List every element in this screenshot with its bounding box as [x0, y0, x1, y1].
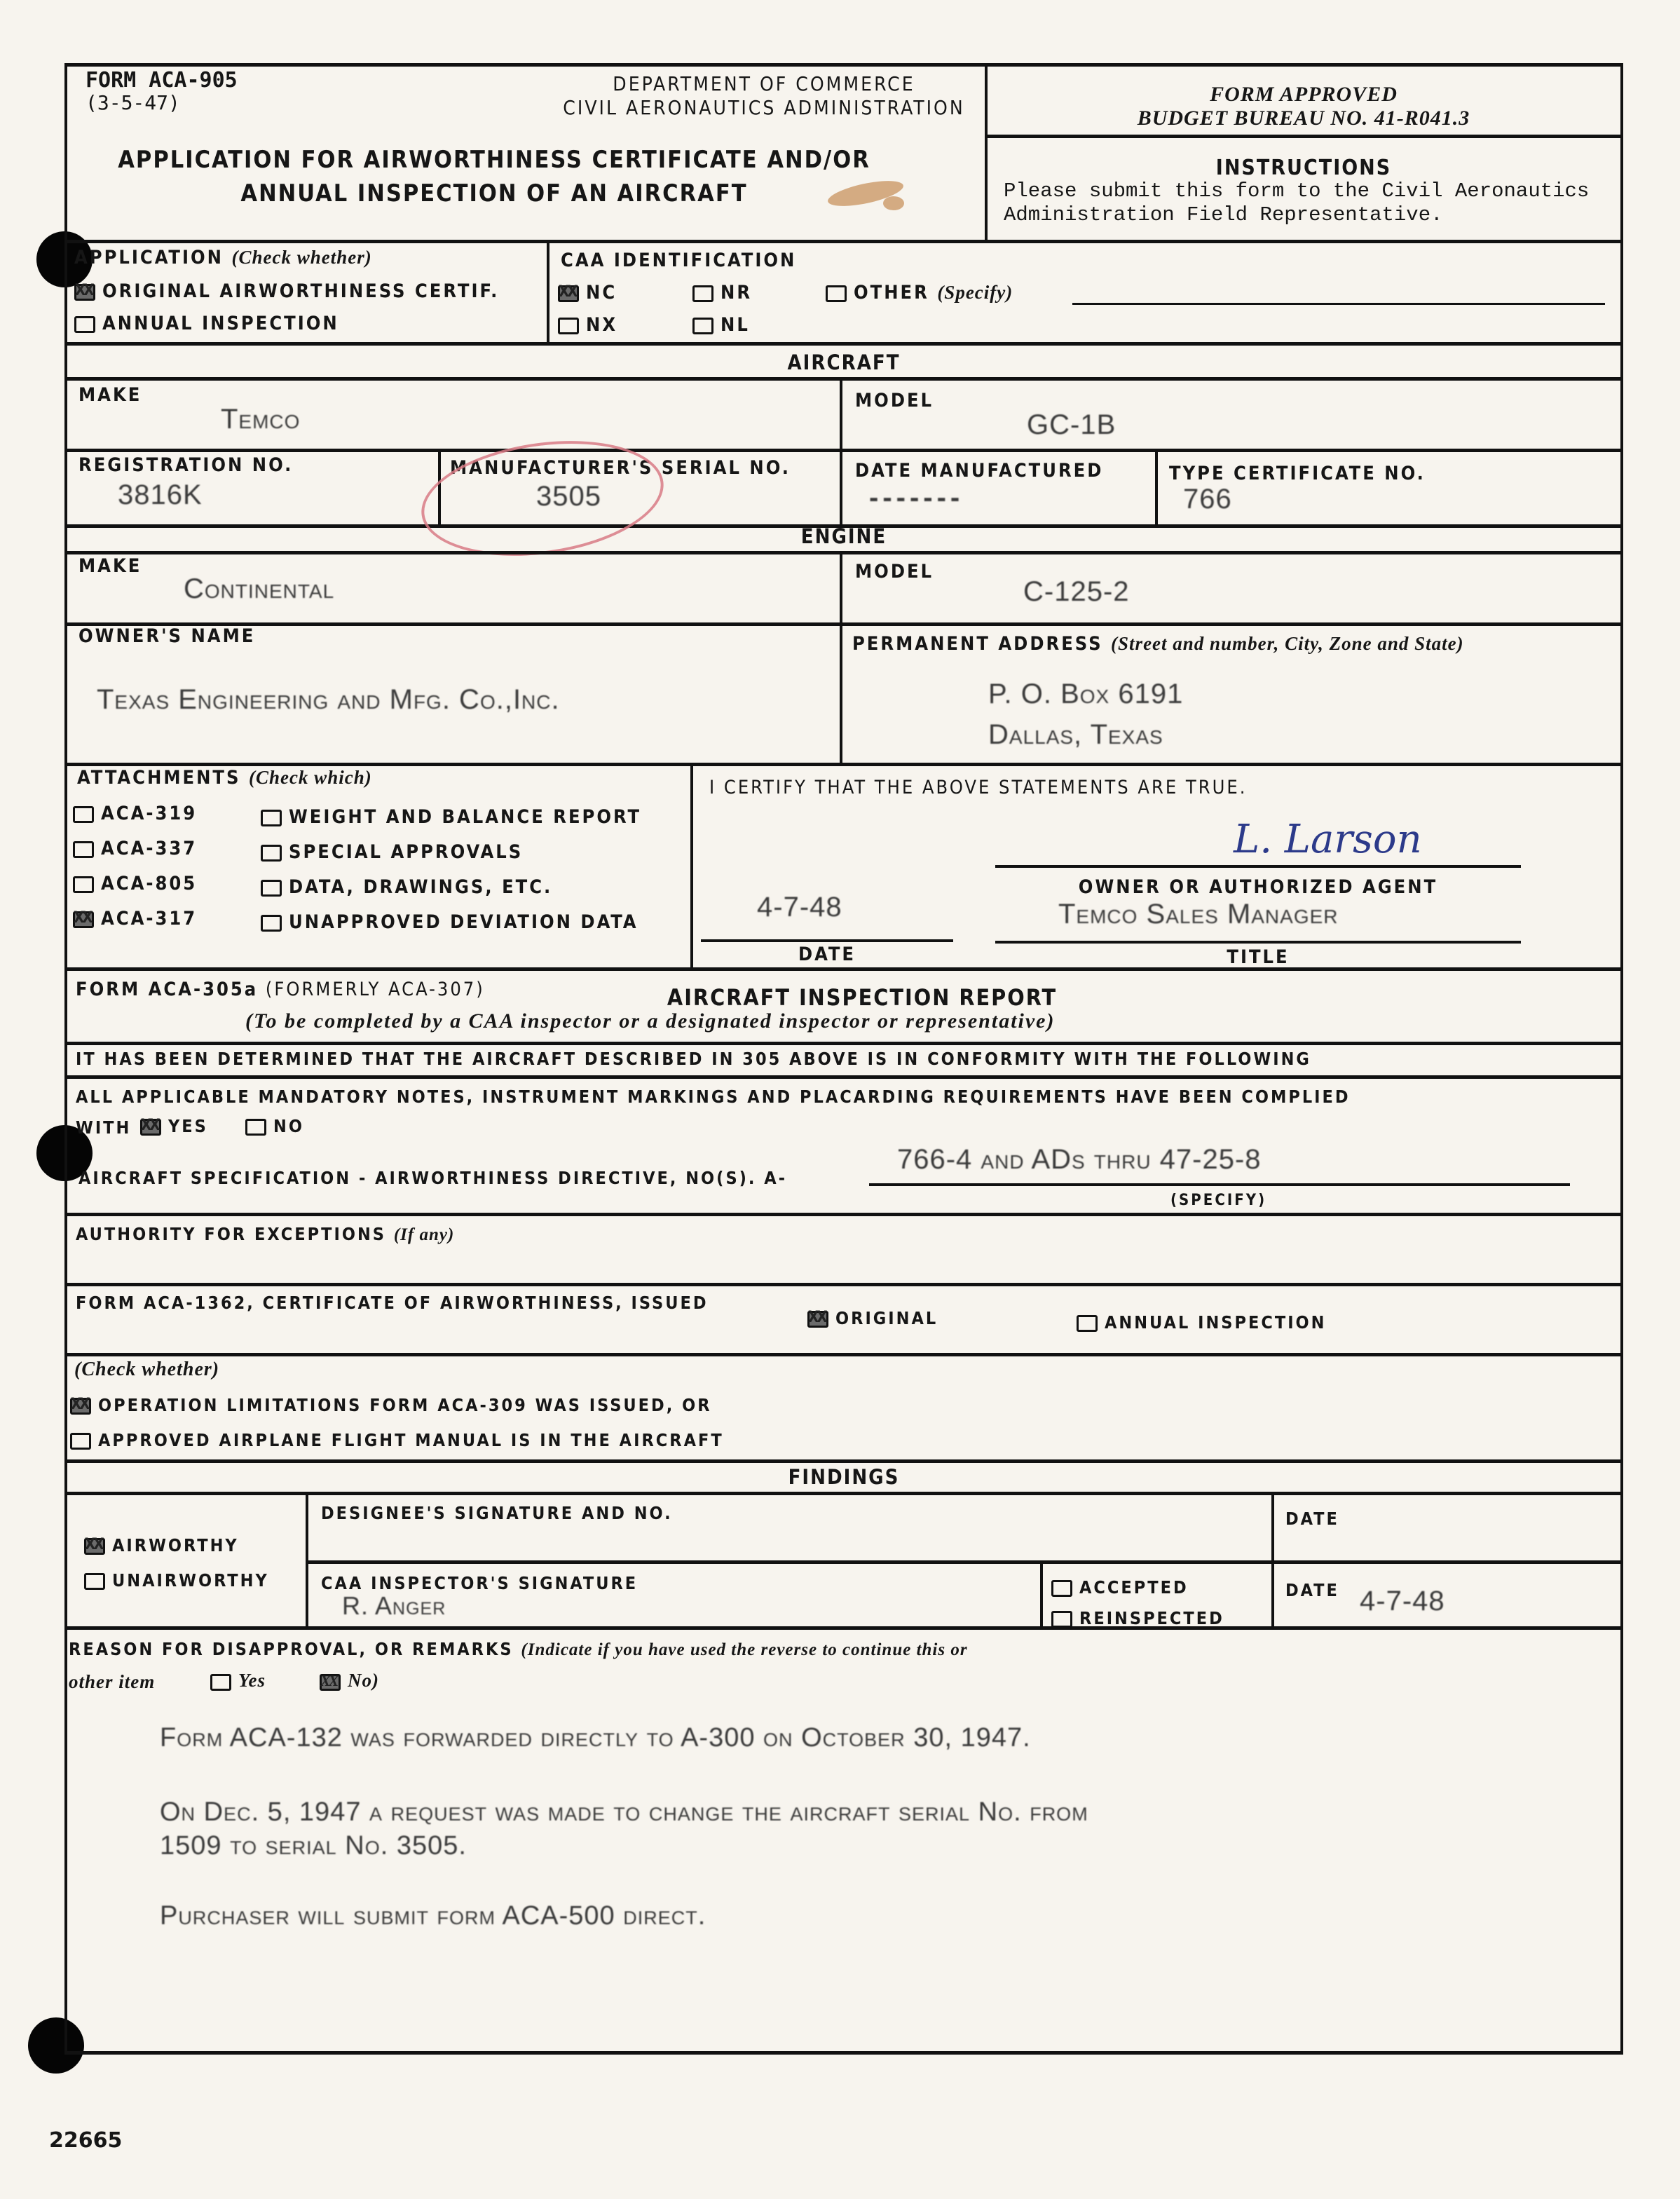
registration-value[interactable]: 3816K	[118, 479, 203, 511]
checkbox-nc[interactable]	[558, 285, 579, 302]
inspector-date-value[interactable]: 4-7-48	[1360, 1586, 1445, 1617]
form-title-line-2: ANNUAL INSPECTION OF AN AIRCRAFT	[91, 179, 897, 207]
checkbox-operation-limitations[interactable]	[70, 1398, 91, 1415]
checkbox-original-airworthiness[interactable]	[74, 284, 95, 301]
checkbox-annual-inspection[interactable]	[74, 316, 95, 333]
checkbox-airworthy[interactable]	[84, 1538, 105, 1555]
checkbox-mandatory-no[interactable]	[245, 1119, 266, 1136]
inspector-date-label: DATE	[1285, 1580, 1339, 1600]
caa-identification-label: CAA IDENTIFICATION	[561, 250, 796, 271]
inspection-form-label: FORM ACA-305a (FORMERLY ACA-307)	[76, 979, 485, 1000]
exceptions-label: AUTHORITY FOR EXCEPTIONS (If any)	[76, 1224, 454, 1245]
certify-date-value[interactable]: 4-7-48	[757, 892, 842, 923]
remarks-reverse-line: other item	[69, 1671, 155, 1693]
form-approved-line-2: BUDGET BUREAU NO. 41-R041.3	[988, 107, 1619, 130]
caa-option-nx[interactable]: NX	[558, 314, 617, 336]
inspection-report-title: AIRCRAFT INSPECTION REPORT	[547, 984, 1177, 1011]
attachment-special-approvals[interactable]: SPECIAL APPROVALS	[261, 841, 523, 863]
check-whether-label: (Check whether)	[74, 1359, 219, 1381]
attachment-aca-317[interactable]: ACA-317	[73, 908, 197, 930]
department-line-2: CIVIL AERONAUTICS ADMINISTRATION	[547, 96, 981, 119]
registration-label: REGISTRATION NO.	[78, 454, 293, 476]
form-title-line-1: APPLICATION FOR AIRWORTHINESS CERTIFICAT…	[91, 146, 897, 174]
certificate-issued-label: FORM ACA-1362, CERTIFICATE OF AIRWORTHIN…	[76, 1293, 709, 1313]
finding-unairworthy[interactable]: UNAIRWORTHY	[84, 1570, 269, 1591]
aircraft-spec-value[interactable]: 766-4 and ADs thru 47-25-8	[897, 1144, 1262, 1176]
aircraft-spec-label: AIRCRAFT SPECIFICATION - AIRWORTHINESS D…	[78, 1168, 787, 1188]
type-certificate-label: TYPE CERTIFICATE NO.	[1169, 463, 1426, 484]
checkbox-weight-balance[interactable]	[261, 810, 282, 826]
instructions-text: Please submit this form to the Civil Aer…	[1004, 179, 1606, 227]
attachment-aca-319[interactable]: ACA-319	[73, 803, 197, 824]
engine-make-value[interactable]: Continental	[184, 573, 334, 605]
remarks-line-4[interactable]: Purchaser will submit form ACA-500 direc…	[160, 1901, 706, 1931]
inspection-report-subtitle: (To be completed by a CAA inspector or a…	[245, 1009, 1055, 1033]
finding-reinspected[interactable]: REINSPECTED	[1051, 1608, 1224, 1628]
checkbox-aca-805[interactable]	[73, 876, 94, 893]
aircraft-make-value[interactable]: Temco	[221, 404, 300, 435]
certificate-annual[interactable]: ANNUAL INSPECTION	[1077, 1312, 1327, 1333]
checkbox-reverse-no[interactable]	[320, 1674, 341, 1691]
date-manufactured-label: DATE MANUFACTURED	[855, 460, 1103, 482]
caa-option-nl[interactable]: NL	[692, 314, 750, 336]
limitations-option-2[interactable]: APPROVED AIRPLANE FLIGHT MANUAL IS IN TH…	[70, 1430, 724, 1450]
mandatory-no[interactable]: NO	[245, 1116, 304, 1136]
form-approved-line-1: FORM APPROVED	[988, 83, 1619, 107]
checkbox-reverse-yes[interactable]	[210, 1674, 231, 1691]
checkbox-certificate-original[interactable]	[807, 1311, 828, 1328]
designee-date-label: DATE	[1285, 1509, 1339, 1529]
attachment-data-drawings[interactable]: DATA, DRAWINGS, ETC.	[261, 876, 552, 898]
engine-model-value[interactable]: C-125-2	[1023, 576, 1130, 608]
signature-caption: OWNER OR AUTHORIZED AGENT	[995, 876, 1521, 898]
remarks-reverse-no[interactable]: No)	[320, 1670, 379, 1691]
checkbox-other[interactable]	[826, 285, 847, 302]
remarks-line-1[interactable]: Form ACA-132 was forwarded directly to A…	[160, 1723, 1031, 1753]
inspector-signature-value[interactable]: R. Anger	[342, 1591, 446, 1621]
attachment-aca-805[interactable]: ACA-805	[73, 873, 197, 894]
type-certificate-value[interactable]: 766	[1183, 484, 1232, 515]
application-option-annual[interactable]: ANNUAL INSPECTION	[74, 313, 339, 334]
certify-title-caption: TITLE	[995, 946, 1521, 968]
binder-hole-3	[28, 2017, 84, 2074]
checkbox-data-drawings[interactable]	[261, 880, 282, 897]
attachment-unapproved-deviation[interactable]: UNAPPROVED DEVIATION DATA	[261, 911, 638, 933]
attachment-aca-337[interactable]: ACA-337	[73, 838, 197, 859]
caa-option-nc[interactable]: NC	[558, 282, 617, 304]
engine-make-label: MAKE	[78, 555, 142, 577]
owner-name-label: OWNER'S NAME	[78, 625, 255, 647]
finding-accepted[interactable]: ACCEPTED	[1051, 1577, 1189, 1598]
conformity-statement: IT HAS BEEN DETERMINED THAT THE AIRCRAFT…	[76, 1049, 1311, 1069]
limitations-option-1[interactable]: OPERATION LIMITATIONS FORM ACA-309 WAS I…	[70, 1395, 712, 1415]
certify-date-caption: DATE	[701, 944, 953, 965]
findings-section-title: FINDINGS	[64, 1465, 1623, 1489]
aircraft-model-value[interactable]: GC-1B	[1027, 409, 1116, 441]
designee-signature-label: DESIGNEE'S SIGNATURE AND NO.	[321, 1503, 673, 1523]
document-number: 22665	[49, 2128, 122, 2153]
remarks-label: REASON FOR DISAPPROVAL, OR REMARKS (Indi…	[69, 1639, 968, 1660]
checkbox-reinspected[interactable]	[1051, 1611, 1072, 1628]
form-number: FORM ACA-905	[86, 68, 238, 93]
mandatory-yes[interactable]: YES	[140, 1116, 208, 1136]
mandatory-notes-with: WITH	[76, 1117, 131, 1138]
remarks-line-2[interactable]: On Dec. 5, 1947 a request was made to ch…	[160, 1797, 1088, 1827]
engine-model-label: MODEL	[855, 561, 934, 583]
owner-name-value[interactable]: Texas Engineering and Mfg. Co.,Inc.	[97, 684, 560, 716]
application-option-original[interactable]: ORIGINAL AIRWORTHINESS CERTIF.	[74, 280, 499, 302]
instructions-title: INSTRUCTIONS	[988, 156, 1619, 180]
inspector-signature-label: CAA INSPECTOR'S SIGNATURE	[321, 1573, 638, 1593]
department-line-1: DEPARTMENT OF COMMERCE	[547, 72, 981, 95]
checkbox-certificate-annual[interactable]	[1077, 1315, 1098, 1332]
mandatory-notes-statement: ALL APPLICABLE MANDATORY NOTES, INSTRUME…	[76, 1087, 1351, 1107]
checkbox-mandatory-yes[interactable]	[140, 1119, 161, 1136]
caa-option-nr[interactable]: NR	[692, 282, 752, 304]
checkbox-aca-319[interactable]	[73, 806, 94, 823]
checkbox-unairworthy[interactable]	[84, 1573, 105, 1590]
checkbox-unapproved-deviation[interactable]	[261, 915, 282, 932]
checkbox-aca-337[interactable]	[73, 841, 94, 858]
checkbox-accepted[interactable]	[1051, 1580, 1072, 1597]
certify-title-value[interactable]: Temco Sales Manager	[1058, 899, 1339, 930]
address-line-1[interactable]: P. O. Box 6191	[988, 679, 1183, 710]
date-manufactured-value[interactable]: -------	[869, 482, 964, 514]
checkbox-nl[interactable]	[692, 318, 713, 334]
finding-airworthy[interactable]: AIRWORTHY	[84, 1535, 239, 1555]
aircraft-model-label: MODEL	[855, 390, 934, 411]
aircraft-make-label: MAKE	[78, 384, 142, 406]
caa-option-other[interactable]: OTHER (Specify)	[826, 282, 1013, 304]
spec-caption: (SPECIFY)	[1170, 1192, 1266, 1209]
checkbox-special-approvals[interactable]	[261, 845, 282, 862]
caa-other-specify-field[interactable]	[1072, 303, 1605, 305]
exceptions-field[interactable]	[70, 1251, 1612, 1279]
aircraft-section-title: AIRCRAFT	[64, 350, 1623, 374]
checkbox-flight-manual[interactable]	[70, 1433, 91, 1450]
remarks-line-3[interactable]: 1509 to serial No. 3505.	[160, 1831, 467, 1861]
address-label: PERMANENT ADDRESS (Street and number, Ci…	[852, 632, 1609, 655]
form-revision-date: (3-5-47)	[86, 91, 180, 114]
checkbox-nx[interactable]	[558, 318, 579, 334]
attachment-weight-balance[interactable]: WEIGHT AND BALANCE REPORT	[261, 806, 641, 828]
checkbox-aca-317[interactable]	[73, 911, 94, 928]
attachments-label: ATTACHMENTS (Check which)	[77, 767, 372, 789]
address-line-2[interactable]: Dallas, Texas	[988, 719, 1163, 751]
certify-statement: I CERTIFY THAT THE ABOVE STATEMENTS ARE …	[709, 777, 1247, 798]
remarks-reverse-yes[interactable]: Yes	[210, 1670, 266, 1691]
application-label: APPLICATION (Check whether)	[74, 247, 372, 268]
owner-signature[interactable]: L. Larson	[1234, 817, 1422, 862]
certificate-original[interactable]: ORIGINAL	[807, 1308, 938, 1328]
checkbox-nr[interactable]	[692, 285, 713, 302]
engine-section-title: ENGINE	[64, 524, 1623, 548]
